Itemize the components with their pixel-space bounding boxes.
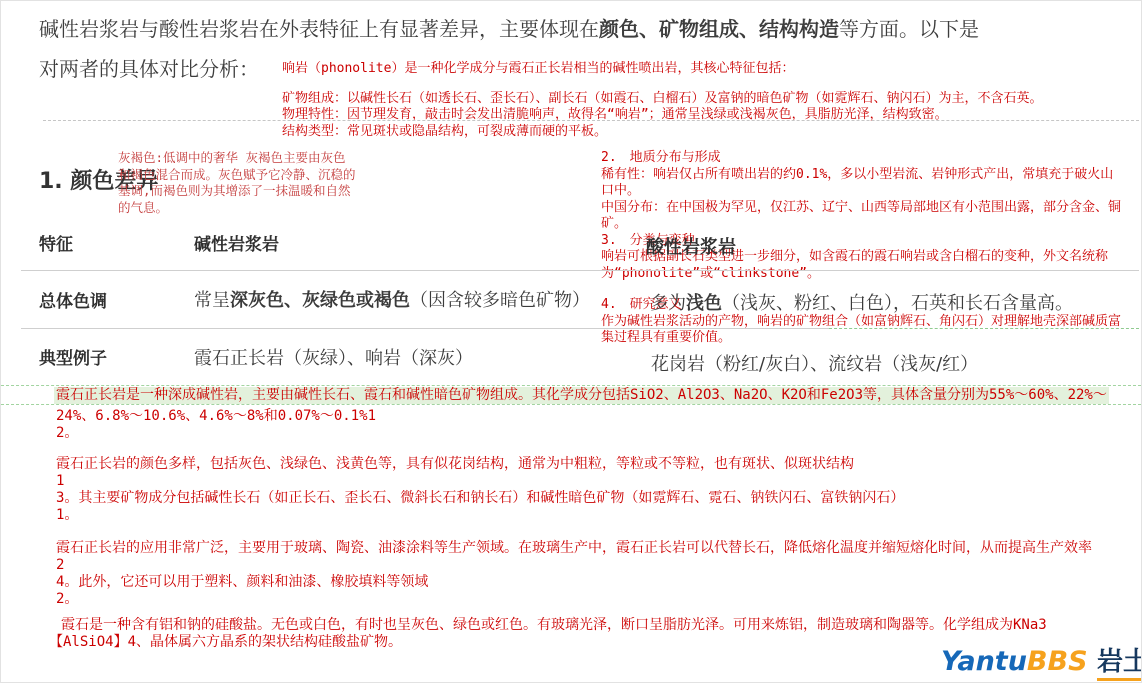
- intro-line2-text: 对两者的具体对比分析：: [39, 57, 259, 81]
- annotation-phonolite-overview: 响岩（phonolite）是一种化学成分与霞石正长岩相当的碱性喷出岩，其核心特征…: [282, 61, 794, 78]
- annotation-research-text: 作为碱性岩浆活动的产物，响岩的矿物组合（如富钠辉石、角闪石）对理解地壳深部碱质富…: [601, 314, 1123, 347]
- annotation-gray-brown-color: 灰褐色:低调中的奢华 灰褐色主要由灰色和褐色混合而成。灰色赋予它冷静、沉稳的基调…: [118, 150, 356, 216]
- note-ref-a: 2。: [56, 425, 78, 442]
- note-syenite-color: 霞石正长岩的颜色多样，包括灰色、浅绿色、浅黄色等，具有似花岗结构，通常为中粗粒，…: [56, 456, 854, 473]
- annotation-mineral-composition: 矿物组成：以碱性长石（如透长石、歪长石）、副长石（如霞石、白榴石）及富钠的暗色矿…: [282, 91, 1043, 108]
- table-divider-1: [21, 270, 1139, 271]
- tone-alkaline-pre: 常呈: [194, 290, 230, 311]
- tone-alkaline-post: （因含较多暗色矿物）: [410, 290, 590, 311]
- intro-paragraph-line2: 对两者的具体对比分析：: [39, 53, 259, 82]
- annotation-geology-title: 2. 地质分布与形成: [601, 150, 1123, 167]
- note-syenite-composition-2: 24%、6.8%～10.6%、4.6%～8%和0.07%～0.1%1: [56, 408, 376, 425]
- annotation-structure-type: 结构类型：常见斑状或隐晶结构，可裂成薄而硬的平板。: [282, 124, 607, 141]
- note-syenite-composition-1: 霞石正长岩是一种深成碱性岩，主要由碱性长石、霞石和碱性暗色矿物组成。其化学成分包…: [54, 387, 1109, 404]
- table-row-examples-alkaline: 霞石正长岩（灰绿）、响岩（深灰）: [194, 344, 473, 370]
- intro-paragraph-line1: 碱性岩浆岩与酸性岩浆岩在外表特征上有显著差异，主要体现在颜色、矿物组成、结构构造…: [39, 13, 979, 42]
- table-header-feature: 特征: [39, 230, 73, 255]
- table-row-examples-label: 典型例子: [39, 344, 107, 369]
- logo-yantu-text: Yantu: [941, 646, 1027, 677]
- note-ref-c: 1。: [56, 507, 78, 524]
- yantubbs-logo: YantuBBS 岩土在线: [941, 641, 1142, 678]
- note-ref-d: 2: [56, 557, 64, 574]
- table-header-alkaline: 碱性岩浆岩: [194, 230, 279, 255]
- note-highlight-band: 霞石正长岩是一种深成碱性岩，主要由碱性长石、霞石和碱性暗色矿物组成。其化学成分包…: [1, 385, 1141, 405]
- dashed-divider: [43, 120, 1139, 121]
- table-row-examples-acidic: 花岗岩（粉红/灰白）、流纹岩（浅灰/红）: [651, 350, 978, 376]
- annotation-geology-rarity: 稀有性：响岩仅占所有喷出岩的约0.1%，多以小型岩流、岩钟形式产出，常填充于破火…: [601, 167, 1123, 200]
- intro-text-end: 等方面。以下是: [839, 17, 979, 41]
- tone-alkaline-bold: 深灰色、灰绿色或褐色: [230, 290, 410, 311]
- annotation-physical-properties: 物理特性：因节理发育，敲击时会发出清脆响声，故得名“响岩”；通常呈浅绿或浅褐灰色…: [282, 107, 948, 124]
- note-syenite-minerals: 3。其主要矿物成分包括碱性长石（如正长石、歪长石、微斜长石和钠长石）和碱性暗色矿…: [56, 490, 904, 507]
- annotation-geology-classification: 2. 地质分布与形成 稀有性：响岩仅占所有喷出岩的约0.1%，多以小型岩流、岩钟…: [601, 150, 1123, 282]
- tone-acidic-pre: 多为: [650, 293, 686, 314]
- table-header-acidic: 酸性岩浆岩: [646, 233, 736, 259]
- table-divider-2: [21, 328, 829, 329]
- intro-bold-keywords: 颜色、矿物组成、结构构造: [599, 17, 839, 41]
- document-page: 碱性岩浆岩与酸性岩浆岩在外表特征上有显著差异，主要体现在颜色、矿物组成、结构构造…: [0, 0, 1142, 683]
- note-syenite-usage: 霞石正长岩的应用非常广泛，主要用于玻璃、陶瓷、油漆涂料等生产领域。在玻璃生产中，…: [56, 540, 1092, 557]
- note-ref-e: 2。: [56, 591, 78, 608]
- table-row-tone-alkaline: 常呈深灰色、灰绿色或褐色（因含较多暗色矿物）: [194, 286, 590, 312]
- logo-bbs-text: BBS: [1027, 646, 1088, 677]
- logo-chinese-text: 岩土在线: [1097, 647, 1142, 681]
- table-row-tone-acidic: 多为浅色（浅灰、粉红、白色），石英和长石含量高。: [650, 289, 1073, 315]
- tone-acidic-bold: 浅色: [686, 293, 722, 314]
- intro-text: 碱性岩浆岩与酸性岩浆岩在外表特征上有显著差异，主要体现在: [39, 17, 599, 41]
- table-divider-2-green: [829, 328, 1139, 329]
- tone-acidic-post: （浅灰、粉红、白色），石英和长石含量高。: [722, 293, 1073, 314]
- note-ref-b: 1: [56, 473, 64, 490]
- annotation-geology-china: 中国分布：在中国极为罕见，仅江苏、辽宁、山西等局部地区有小范围出露，部分含金、铜…: [601, 200, 1123, 233]
- note-syenite-usage-2: 4。此外，它还可以用于塑料、颜料和油漆、橡胶填料等领域: [56, 574, 428, 591]
- table-row-tone-label: 总体色调: [39, 287, 107, 312]
